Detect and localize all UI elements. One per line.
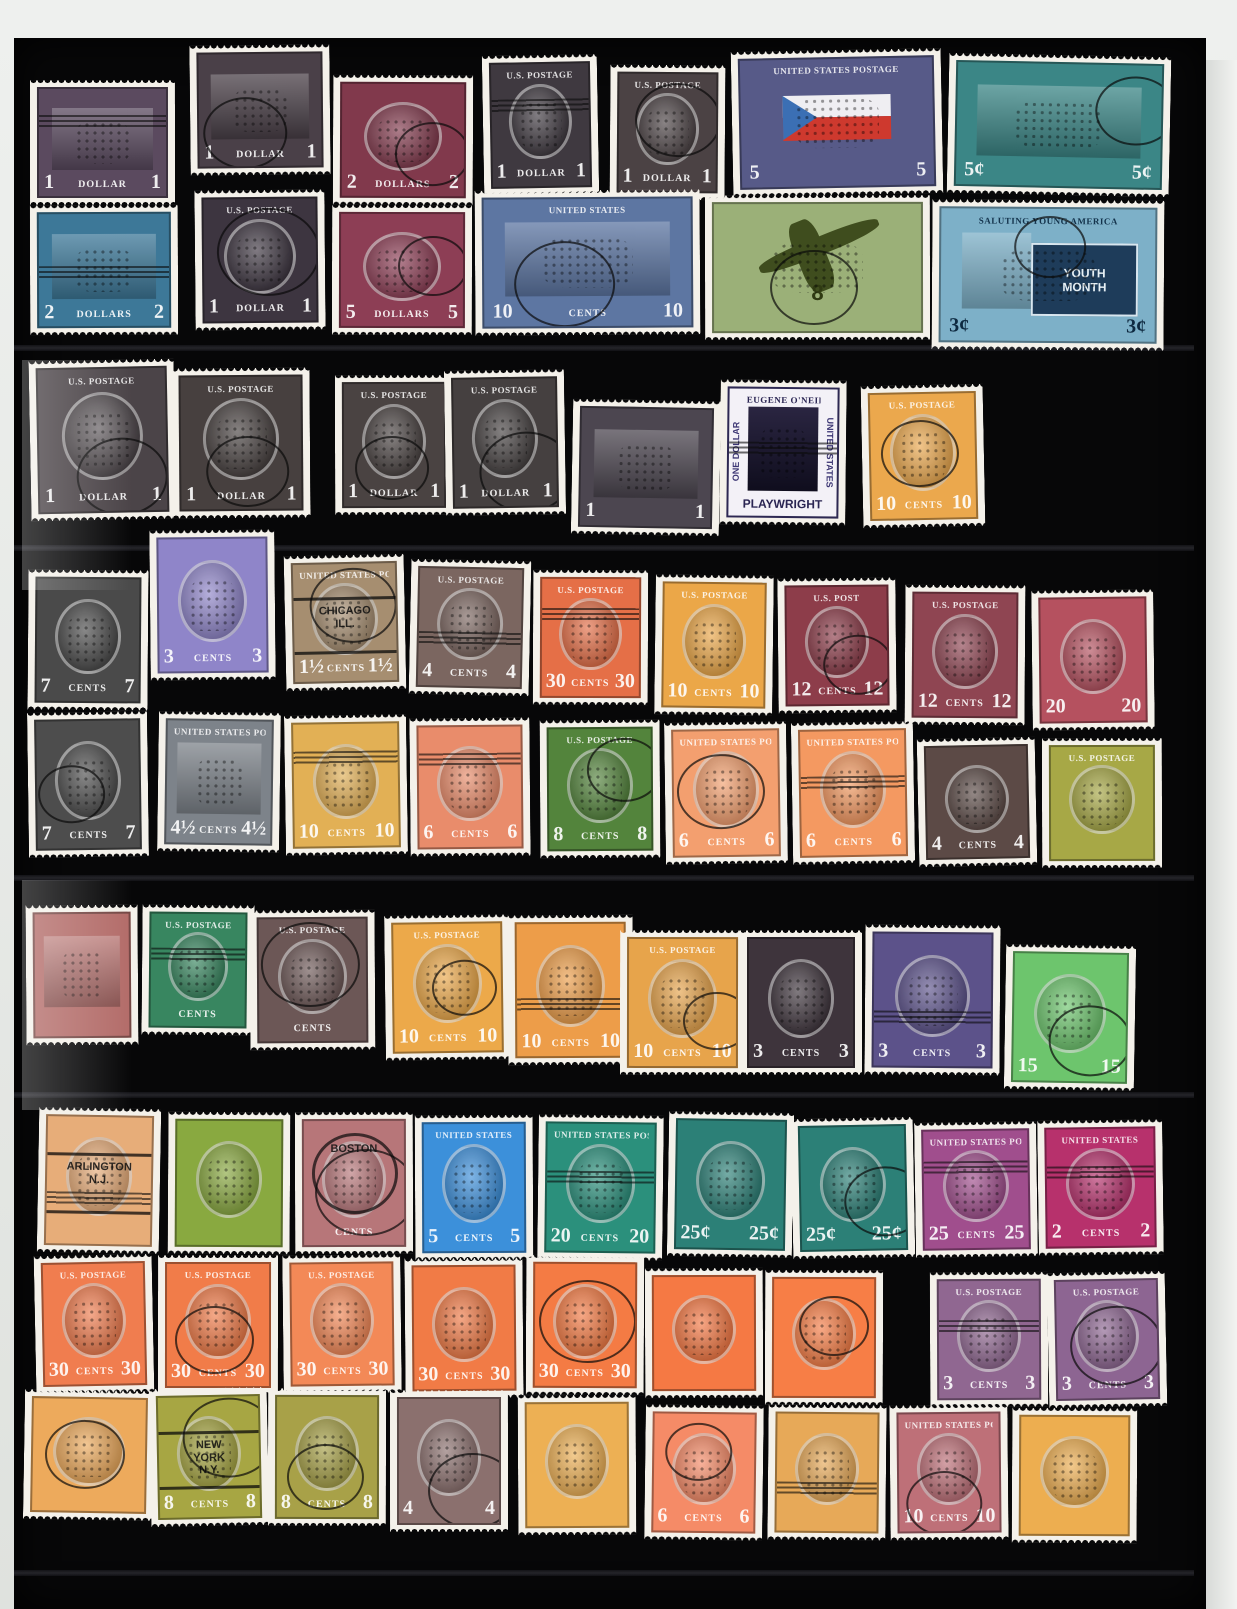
denomination-unit: CENTS — [327, 828, 366, 842]
perfin-holes — [72, 1300, 117, 1349]
denomination-unit: CENTS — [1082, 1228, 1121, 1241]
perfin-holes — [692, 620, 737, 669]
stamp[interactable]: 30CENTS30 — [526, 1255, 645, 1395]
denomination: 10 — [600, 1030, 620, 1050]
denomination-unit: DOLLAR — [217, 491, 266, 504]
denomination-unit: CENTS — [445, 1371, 483, 1384]
stamp[interactable] — [168, 1112, 291, 1255]
denomination-unit: CENTS — [450, 668, 489, 682]
stamp[interactable]: 1515 — [1004, 944, 1136, 1091]
stamp-design: 6CENTS6 — [651, 1411, 757, 1533]
stamp-inscription: UNITED STATES — [496, 205, 678, 216]
denomination: 12 — [863, 679, 883, 699]
stamp[interactable]: 8CENTS8NEWYORKN.Y. — [149, 1387, 270, 1527]
stamp[interactable]: U.S. POSTAGE10CENTS10 — [384, 914, 511, 1061]
stamp[interactable]: 11 — [571, 399, 721, 537]
stamp[interactable]: U.S. POSTAGE8CENTS8 — [540, 720, 661, 859]
stamp[interactable]: U.S. POSTAGECENTS — [141, 904, 254, 1035]
stamp-inscription: U.S. POSTAGE — [210, 205, 309, 216]
stamp[interactable]: U.S. POSTAGE1DOLLAR1 — [28, 359, 176, 522]
side-label-left: ONE DOLLAR — [731, 399, 746, 506]
denomination-row: 2DOLLARS2 — [44, 301, 164, 321]
denomination-unit: CENTS — [68, 683, 106, 696]
perfin-holes — [577, 1162, 625, 1213]
denomination: 1 — [622, 166, 632, 186]
denomination-unit: DOLLAR — [643, 173, 692, 186]
stamp[interactable]: U.S. POSTAGE1DOLLAR1 — [335, 375, 453, 515]
stamp[interactable]: 30CENTS30 — [404, 1258, 523, 1399]
stamp[interactable] — [645, 1268, 763, 1398]
stamp[interactable]: UNITED STATES POSTAGE6CENTS6 — [664, 721, 788, 865]
stamp[interactable]: 5DOLLARS5 — [332, 205, 472, 335]
denomination-unit: CENTS — [945, 698, 983, 711]
postmark-town: BOSTON — [314, 1143, 394, 1156]
stamp[interactable]: 10CENTS10 — [508, 915, 634, 1066]
denomination: 25¢ — [806, 1224, 836, 1245]
denomination: 5 — [448, 302, 458, 322]
stamp-design: U.S. POSTAGE1DOLLAR1 — [617, 72, 719, 194]
stamp-design: U.S. POSTAGE8CENTS8 — [547, 727, 654, 852]
stamp-inscription: UNITED STATES — [1053, 1134, 1147, 1145]
denomination-row: 10CENTS10 — [876, 492, 972, 514]
denomination: 7 — [41, 676, 51, 696]
perfin-holes — [375, 248, 429, 293]
stamp[interactable]: 5¢5¢ — [947, 53, 1172, 197]
stamp[interactable]: U.S. POSTAGE3CENTS3 — [930, 1272, 1049, 1407]
stamp-inscription: U.S. POSTAGE — [45, 375, 157, 387]
stamp[interactable]: U.S. POSTAGE1DOLLAR1 — [482, 54, 599, 196]
stamp[interactable]: 10CENTS10 — [284, 714, 408, 856]
stamp[interactable]: U.S. POSTAGE — [1042, 738, 1162, 868]
denomination: 10 — [876, 494, 896, 514]
perfin-holes — [442, 1303, 486, 1352]
stamp-design: 4CENTS4 — [924, 744, 1030, 860]
denomination-unit: DOLLARS — [375, 178, 430, 191]
stamp[interactable]: 3CENTS3 — [149, 529, 275, 680]
denomination: 3 — [753, 1041, 763, 1061]
stamp-design: 8 — [712, 202, 923, 333]
stamp[interactable]: UNITED STATES POSTAGE4½CENTS4½ — [157, 711, 281, 853]
stamp-inscription: U.S. POSTAGE — [548, 585, 633, 595]
denomination: 10 — [903, 1507, 923, 1527]
perfin-holes — [206, 1158, 252, 1208]
stamp-design — [175, 1119, 284, 1248]
denomination: 2 — [1140, 1221, 1150, 1241]
denomination-row: 3CENTS3 — [164, 645, 263, 666]
stamp-design: 2DOLLARS2 — [340, 82, 466, 198]
perfin-holes — [289, 955, 336, 1004]
stamp-design: U.S. POSTAGE1DOLLAR1 — [451, 376, 559, 509]
denomination: 8 — [246, 1491, 256, 1511]
denomination: 10 — [952, 492, 972, 512]
perfin-holes — [323, 760, 369, 809]
stamp-design: U.S. POSTAGE1DOLLAR1 — [489, 61, 592, 189]
denomination: 1 — [152, 484, 162, 504]
denomination: 1 — [576, 160, 586, 180]
stamp-inscription: SALUTING YOUNG AMERICA — [954, 215, 1142, 226]
denomination: 1 — [497, 162, 507, 182]
denomination-unit: CENTS — [694, 688, 733, 701]
denomination-unit: CENTS — [957, 1230, 996, 1244]
denomination-row: 25¢25¢ — [680, 1222, 779, 1244]
denomination: 25¢ — [872, 1223, 902, 1244]
stamp-inscription: U.S. POSTAGE — [1062, 1286, 1150, 1298]
perfin-holes — [805, 1449, 849, 1496]
denomination-unit: CENTS — [76, 1366, 115, 1380]
denomination: 1 — [348, 481, 358, 501]
stamp[interactable]: 2DOLLARS2 — [30, 205, 178, 335]
denomination-unit: CENTS — [782, 1048, 820, 1061]
denomination-row: 10CENTS10 — [493, 300, 684, 321]
denomination: 1 — [430, 481, 440, 501]
stamp[interactable]: 1DOLLAR1 — [189, 44, 330, 175]
denomination-row: 1DOLLAR1 — [44, 172, 161, 192]
stamp[interactable]: YOUTHMONTHSALUTING YOUNG AMERICA3¢3¢ — [932, 199, 1165, 350]
stamp[interactable]: ONE DOLLARUNITED STATESPLAYWRIGHTEUGENE … — [719, 379, 846, 525]
denomination-unit: CENTS — [69, 830, 108, 844]
denomination-row: 3CENTS3 — [878, 1040, 986, 1061]
stamp[interactable]: U.S. POSTAGE4CENTS4 — [409, 559, 532, 696]
denomination: 2 — [449, 172, 459, 192]
denomination: 2 — [154, 301, 164, 321]
denomination: 4 — [932, 833, 942, 853]
denomination: 5 — [510, 1226, 520, 1246]
stamp-design: U.S. POSTAGE30CENTS30 — [41, 1261, 147, 1387]
perfin-holes — [1014, 100, 1105, 151]
perfin-holes — [772, 242, 863, 293]
stamp[interactable]: 7CENTS7 — [27, 570, 148, 711]
denomination-row: 1DOLLAR1 — [204, 141, 316, 162]
denomination-unit: CENTS — [571, 678, 609, 691]
denomination: 3 — [839, 1041, 849, 1061]
stamp[interactable]: 6CENTS6 — [644, 1404, 764, 1540]
denomination-row: 8CENTS8 — [553, 824, 647, 845]
denomination-row: 30CENTS30 — [539, 1361, 631, 1381]
stamp-design: 7CENTS7 — [35, 577, 142, 704]
stamp-design: U.S. POSTAGECENTS — [148, 912, 247, 1029]
denomination: 4 — [1014, 832, 1024, 852]
perfin-holes — [577, 765, 622, 813]
denomination: 20 — [551, 1225, 571, 1245]
perfin-holes — [569, 614, 612, 661]
denomination: 7 — [125, 822, 135, 842]
stamp-inscription: U.S. POSTAGE — [49, 1269, 137, 1281]
denomination: 4 — [485, 1498, 495, 1518]
denomination: 10 — [712, 1041, 732, 1061]
stamp[interactable]: CENTSBOSTON — [295, 1112, 413, 1254]
denomination-row: 4CENTS4 — [422, 660, 516, 682]
stamp-design: UNITED STATES POSTAGE10CENTS10 — [896, 1412, 1001, 1534]
stamp[interactable]: UNITED STATES POSTAGE6CENTS6 — [791, 721, 915, 865]
stamp[interactable]: UNITED STATES5CENTS5 — [415, 1115, 534, 1261]
stamp[interactable]: U.S. POSTAGE10CENTS10 — [861, 384, 986, 528]
stamp[interactable]: 4CENTS4 — [917, 737, 1038, 867]
stamp-design: U.S. POSTAGE1DOLLAR1 — [201, 196, 318, 323]
perfin-holes — [815, 622, 859, 669]
perfin-holes — [707, 1159, 755, 1211]
denomination: 3 — [1025, 1373, 1035, 1393]
denomination: 1 — [695, 502, 705, 522]
denomination: 10 — [975, 1506, 995, 1526]
denomination: 30 — [49, 1360, 69, 1380]
denomination: 12 — [992, 691, 1012, 711]
stamp-inscription: U.S. POSTAGE — [635, 945, 729, 955]
stamp-inscription: U.S. POSTAGE — [876, 399, 968, 411]
denomination-row: 6CENTS6 — [806, 829, 902, 851]
denomination-row: 6CENTS6 — [657, 1506, 749, 1527]
denomination: 4½ — [241, 818, 266, 838]
denomination: 6 — [891, 829, 901, 849]
denomination-row: 20CENTS20 — [551, 1225, 650, 1246]
stamp-design: U.S. POSTAGE — [1049, 745, 1155, 861]
stamp[interactable]: U.S. POSTAGE1DOLLAR1 — [610, 65, 726, 201]
denomination-row: 30CENTS30 — [296, 1359, 388, 1380]
denomination-row: 8CENTS8 — [164, 1491, 256, 1513]
stamp[interactable]: U.S. POSTAGE30CENTS30 — [34, 1254, 155, 1394]
stamp[interactable]: ARLINGTONN.J. — [37, 1107, 162, 1254]
denomination-row: 10CENTS10 — [667, 681, 759, 702]
stamp-design: 5DOLLARS5 — [339, 212, 465, 328]
perfin-holes — [332, 1158, 376, 1208]
stamp[interactable]: UNITED STATES POSTAGE25CENTS25 — [914, 1121, 1038, 1258]
stamp-inscription: UNITED STATES — [430, 1130, 518, 1140]
stamp-inscription: U.S. POSTAGE — [671, 590, 759, 601]
denomination-unit: CENTS — [835, 837, 874, 851]
perfin-holes — [214, 416, 267, 469]
stamp[interactable] — [26, 905, 139, 1046]
denomination: 12 — [791, 680, 811, 700]
stamp[interactable]: 25¢25¢ — [791, 1117, 916, 1259]
stamp[interactable]: UNITED STATES2CENTS2 — [1037, 1119, 1164, 1256]
denomination: 30 — [121, 1358, 141, 1378]
stamp[interactable] — [767, 1404, 886, 1540]
denomination-row: 10CENTS10 — [903, 1506, 995, 1527]
stamp[interactable]: U.S. POSTAGE10CENTS10 — [620, 930, 745, 1075]
denomination: 7 — [124, 676, 134, 696]
stamp[interactable]: 3CENTS3 — [740, 930, 862, 1075]
perfin-holes — [447, 604, 493, 652]
stamp-inscription: UNITED STATES POSTAGE — [751, 64, 920, 77]
stamp[interactable]: 6CENTS6 — [409, 717, 530, 856]
stockpage-strip — [14, 1092, 1194, 1098]
denomination: 1 — [306, 141, 316, 161]
denomination-row: 1DOLLAR1 — [497, 160, 587, 182]
stamp[interactable]: U.S. POSTAGECENTS — [250, 910, 376, 1051]
stamp-design: 1DOLLAR1 — [196, 51, 323, 168]
denomination-row: 1DOLLAR1 — [186, 483, 297, 504]
stamp-design: UNITED STATES POSTAGE20CENTS20 — [544, 1121, 657, 1253]
stamp-design: U.S. POST12CENTS12 — [784, 584, 889, 706]
denomination: 25 — [929, 1224, 949, 1244]
stamp-design — [30, 1396, 148, 1514]
stamp[interactable]: UNITED STATES POSTAGE55 — [731, 48, 944, 197]
denomination-unit: CENTS — [323, 1366, 362, 1379]
denomination: 3 — [878, 1040, 888, 1060]
stamp-design: U.S. POSTAGE3CENTS3 — [1054, 1278, 1160, 1401]
stamp-design — [772, 1277, 876, 1398]
stamp-inscription: UNITED STATES POSTAGE — [905, 1419, 993, 1430]
stamp-design: UNITED STATES POSTAGE6CENTS6 — [798, 728, 908, 858]
stamp-design: 10CENTS10 — [515, 922, 627, 1059]
stamp-design: U.S. POSTAGE30CENTS30 — [540, 577, 641, 698]
stamp[interactable]: 7CENTS7 — [27, 711, 149, 858]
denomination: 30 — [615, 671, 635, 691]
denomination: 30 — [368, 1359, 388, 1379]
denomination: 10 — [374, 820, 394, 840]
stamp-design: 1DOLLAR1 — [37, 87, 168, 198]
denomination-row: 6CENTS6 — [423, 822, 517, 843]
denomination-unit: CENTS — [930, 1513, 968, 1526]
stamp[interactable]: 8 — [705, 195, 930, 340]
perfin-holes — [447, 763, 492, 811]
stamp[interactable]: 2020 — [1031, 589, 1155, 730]
stamp[interactable]: U.S. POSTAGE10CENTS10 — [654, 574, 774, 715]
stamp[interactable]: UNITED STATES POSTAGE1½CENTS1½CHICAGOILL… — [284, 554, 407, 691]
stamp-inscription: U.S. POSTAGE — [350, 390, 438, 400]
denomination-unit: DOLLAR — [481, 488, 530, 502]
denomination: 5 — [428, 1226, 438, 1246]
stamp[interactable] — [1012, 1408, 1138, 1544]
stamp-design: 2DOLLARS2 — [37, 212, 171, 328]
stamp[interactable]: U.S. POST12CENTS12 — [777, 577, 896, 713]
denomination-unit: CENTS — [581, 1233, 620, 1246]
stamp[interactable] — [765, 1270, 883, 1405]
stamp[interactable]: 44 — [390, 1390, 508, 1532]
denomination: 30 — [418, 1364, 438, 1384]
perfin-holes — [547, 963, 594, 1016]
perfin-holes — [542, 237, 633, 288]
stamp[interactable]: 3CENTS3 — [864, 924, 1000, 1075]
denomination: 3¢ — [1126, 316, 1146, 336]
denomination: 3¢ — [949, 315, 969, 335]
stamp-inscription: U.S. POSTAGE — [920, 600, 1010, 611]
denomination: 1 — [151, 172, 161, 192]
stamp-design: U.S. POSTAGE1DOLLAR1 — [36, 366, 170, 514]
perfin-holes — [196, 1301, 241, 1350]
stamp[interactable]: U.S. POSTAGE30CENTS30 — [158, 1255, 278, 1395]
stamp[interactable]: U.S. POSTAGE1DOLLAR1 — [171, 367, 310, 518]
perfin-holes — [235, 235, 285, 284]
denomination-unit: DOLLAR — [370, 488, 419, 501]
denomination-row: 10CENTS10 — [633, 1041, 731, 1061]
denomination-unit: CENTS — [684, 1513, 723, 1526]
denomination: 25¢ — [749, 1223, 779, 1243]
stamp[interactable]: 8CENTS8 — [268, 1388, 386, 1526]
denomination-unit: DOLLARS — [374, 308, 429, 321]
denomination-unit: CENTS — [451, 829, 489, 842]
stamp-design: UNITED STATES5CENTS5 — [422, 1122, 527, 1253]
perfin-holes — [233, 87, 287, 132]
stamp-design: 2020 — [1038, 596, 1147, 723]
stamp-design: UNITED STATES10CENTS10 — [482, 196, 694, 328]
denomination: 1 — [542, 480, 552, 500]
denomination-unit: CENTS — [199, 1368, 237, 1381]
denomination: 5 — [749, 162, 759, 182]
denomination-row: 1DOLLAR1 — [45, 484, 162, 506]
denomination: 3 — [252, 645, 262, 665]
stamp-design: 11 — [578, 406, 714, 529]
perfin-holes — [65, 615, 110, 664]
perfin-holes — [967, 1316, 1011, 1363]
perfin-holes — [372, 421, 416, 470]
stamp[interactable]: U.S. POSTAGE30CENTS30 — [533, 570, 648, 705]
stamp[interactable]: 2DOLLARS2 — [333, 75, 473, 206]
denomination: 6 — [806, 831, 816, 851]
stamp[interactable] — [23, 1389, 155, 1521]
stamp[interactable] — [518, 1395, 637, 1536]
denomination: 1 — [585, 500, 595, 520]
stamp-design: 8CENTS8 — [275, 1395, 379, 1519]
stamp-design: 7CENTS7 — [34, 718, 142, 850]
denomination-unit: CENTS — [959, 839, 998, 853]
stamp[interactable]: U.S. POSTAGE1DOLLAR1 — [444, 369, 566, 516]
denomination-row: 5¢5¢ — [964, 159, 1152, 183]
stamp-design: U.S. POSTAGE30CENTS30 — [165, 1262, 271, 1388]
denomination-row: CENTS — [308, 1227, 400, 1240]
perfin-holes — [76, 1155, 123, 1207]
stamp-design: 30CENTS30 — [411, 1265, 516, 1392]
stamp-design: U.S. POSTAGE10CENTS10 — [627, 937, 738, 1068]
stamp[interactable]: U.S. POSTAGE30CENTS30 — [282, 1254, 402, 1393]
stamp-design: 5¢5¢ — [954, 60, 1164, 190]
denomination: 7 — [42, 823, 52, 843]
denomination: 25¢ — [680, 1222, 710, 1242]
denomination-unit: CENTS — [335, 1227, 373, 1240]
stamp[interactable]: 1DOLLAR1 — [30, 80, 175, 205]
perfin-holes — [802, 1314, 846, 1361]
stamp[interactable]: UNITED STATES POSTAGE20CENTS20 — [537, 1114, 664, 1260]
perfin-holes — [452, 1162, 496, 1213]
side-label-right: UNITED STATES — [820, 400, 835, 507]
perfin-holes — [778, 977, 824, 1028]
stamp-inscription: U.S. POSTAGE — [555, 735, 645, 746]
stamp-design: 25¢25¢ — [674, 1118, 787, 1251]
stamp[interactable]: U.S. POSTAGE12CENTS12 — [905, 585, 1026, 726]
denomination-unit: CENTS — [905, 500, 944, 514]
stamp[interactable]: UNITED STATES10CENTS10 — [475, 189, 701, 335]
denomination: 10 — [521, 1031, 541, 1051]
denomination-row: 2020 — [1046, 696, 1142, 717]
stamp-design: UNITED STATES POSTAGE55 — [738, 55, 936, 190]
denomination-unit: CENTS — [707, 837, 746, 851]
stamp-design: 3CENTS3 — [871, 932, 993, 1069]
perfin-holes — [64, 1432, 114, 1478]
denomination: 30 — [245, 1361, 265, 1381]
denomination-unit: CENTS — [818, 686, 856, 699]
stamp[interactable]: U.S. POSTAGE3CENTS3 — [1047, 1271, 1168, 1408]
stamp-design: UNITED STATES2CENTS2 — [1044, 1126, 1157, 1248]
denomination-unit: CENTS — [569, 308, 607, 321]
stamp-inscription: UNITED STATES POSTAGE — [929, 1136, 1021, 1147]
denomination-row: 3CENTS3 — [943, 1373, 1035, 1393]
perfin-holes — [703, 768, 749, 818]
denomination: 8 — [553, 824, 563, 844]
denomination-row: 25¢25¢ — [806, 1223, 902, 1245]
denomination: 10 — [739, 681, 759, 701]
perfin-holes — [942, 630, 987, 679]
stamp[interactable]: 25¢25¢ — [667, 1111, 794, 1258]
denomination-unit: CENTS — [455, 1233, 493, 1246]
denomination: 1 — [186, 484, 196, 504]
stamp[interactable]: U.S. POSTAGE1DOLLAR1 — [194, 189, 325, 330]
stamp[interactable]: UNITED STATES POSTAGE10CENTS10 — [889, 1404, 1008, 1540]
denomination: 25 — [1004, 1223, 1024, 1243]
perfin-holes — [953, 1166, 999, 1213]
stamp-design: 30CENTS30 — [533, 1262, 638, 1388]
denomination-row: 44 — [403, 1498, 495, 1518]
perfin-holes — [322, 599, 368, 647]
perfin-holes — [830, 1163, 877, 1213]
